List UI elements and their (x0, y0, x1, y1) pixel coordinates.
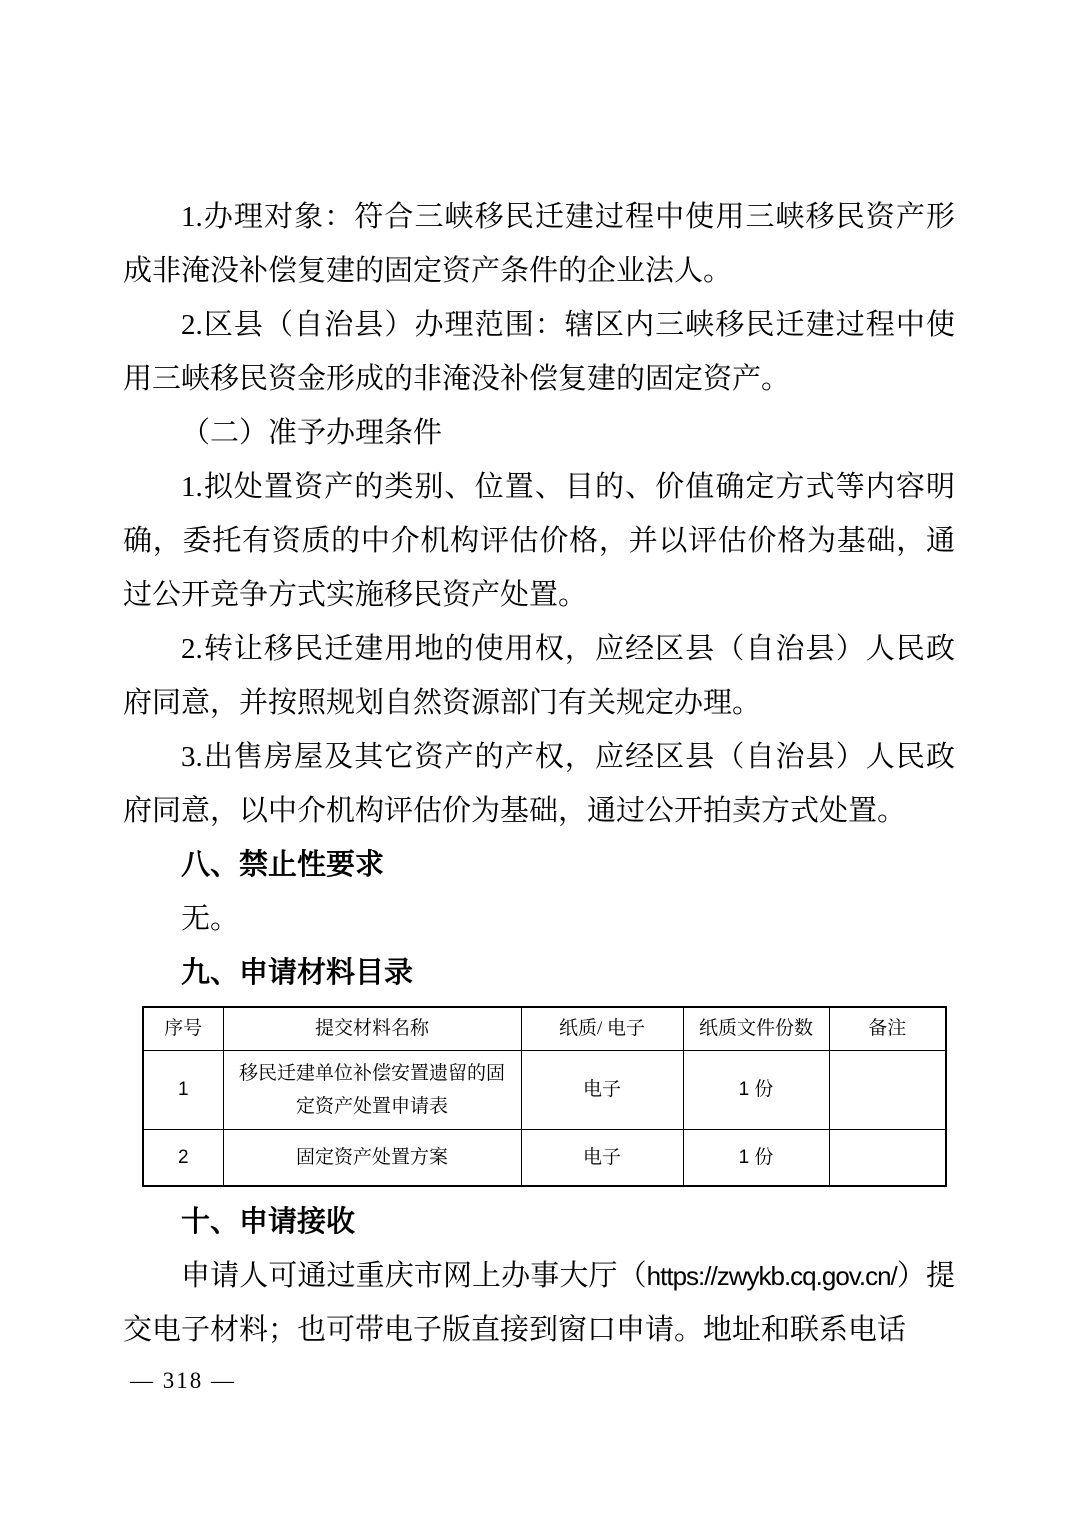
cell-copies: 1 份 (683, 1050, 829, 1129)
cell-remark (829, 1129, 946, 1186)
document-body: 1.办理对象：符合三峡移民迁建过程中使用三峡移民资产形成非淹没补偿复建的固定资产… (123, 190, 955, 1357)
table-row: 2 固定资产处置方案 电子 1 份 (143, 1129, 946, 1186)
paragraph-none: 无。 (123, 892, 955, 946)
portal-url: https://zwykb.cq.gov.cn/ (647, 1261, 897, 1291)
table-header-row: 序号 提交材料名称 纸质/ 电子 纸质文件份数 备注 (143, 1007, 946, 1050)
cell-serial: 1 (143, 1050, 223, 1129)
document-page: 1.办理对象：符合三峡移民迁建过程中使用三峡移民资产形成非淹没补偿复建的固定资产… (0, 0, 1075, 1519)
heading-section-8-prohibitions: 八、禁止性要求 (123, 838, 955, 892)
cell-material-name: 移民迁建单位补偿安置遗留的固定资产处置申请表 (223, 1050, 521, 1129)
receipt-text-prefix: 申请人可通过重庆市网上办事大厅（ (181, 1260, 647, 1292)
cell-medium: 电子 (521, 1129, 683, 1186)
table-row: 1 移民迁建单位补偿安置遗留的固定资产处置申请表 电子 1 份 (143, 1050, 946, 1129)
column-header-medium: 纸质/ 电子 (521, 1007, 683, 1050)
paragraph-condition-1: 1.拟处置资产的类别、位置、目的、价值确定方式等内容明确，委托有资质的中介机构评… (123, 460, 955, 622)
page-number: — 318 — (130, 1366, 236, 1396)
cell-remark (829, 1050, 946, 1129)
paragraph-application-receipt: 申请人可通过重庆市网上办事大厅（https://zwykb.cq.gov.cn/… (123, 1249, 955, 1357)
paragraph-district-scope: 2.区县（自治县）办理范围：辖区内三峡移民迁建过程中使用三峡移民资金形成的非淹没… (123, 298, 955, 406)
column-header-remark: 备注 (829, 1007, 946, 1050)
column-header-paper-copies: 纸质文件份数 (683, 1007, 829, 1050)
column-header-serial: 序号 (143, 1007, 223, 1050)
subheading-approval-conditions: （二）准予办理条件 (123, 406, 955, 460)
paragraph-handling-object: 1.办理对象：符合三峡移民迁建过程中使用三峡移民资产形成非淹没补偿复建的固定资产… (123, 190, 955, 298)
heading-section-9-materials-list: 九、申请材料目录 (123, 946, 955, 1000)
paragraph-condition-3: 3.出售房屋及其它资产的产权，应经区县（自治县）人民政府同意，以中介机构评估价为… (123, 730, 955, 838)
cell-material-name: 固定资产处置方案 (223, 1129, 521, 1186)
cell-copies: 1 份 (683, 1129, 829, 1186)
cell-serial: 2 (143, 1129, 223, 1186)
heading-section-10-application-receipt: 十、申请接收 (123, 1195, 955, 1249)
paragraph-condition-2: 2.转让移民迁建用地的使用权，应经区县（自治县）人民政府同意，并按照规划自然资源… (123, 622, 955, 730)
column-header-material-name: 提交材料名称 (223, 1007, 521, 1050)
cell-medium: 电子 (521, 1050, 683, 1129)
materials-table: 序号 提交材料名称 纸质/ 电子 纸质文件份数 备注 1 移民迁建单位补偿安置遗… (142, 1006, 947, 1187)
